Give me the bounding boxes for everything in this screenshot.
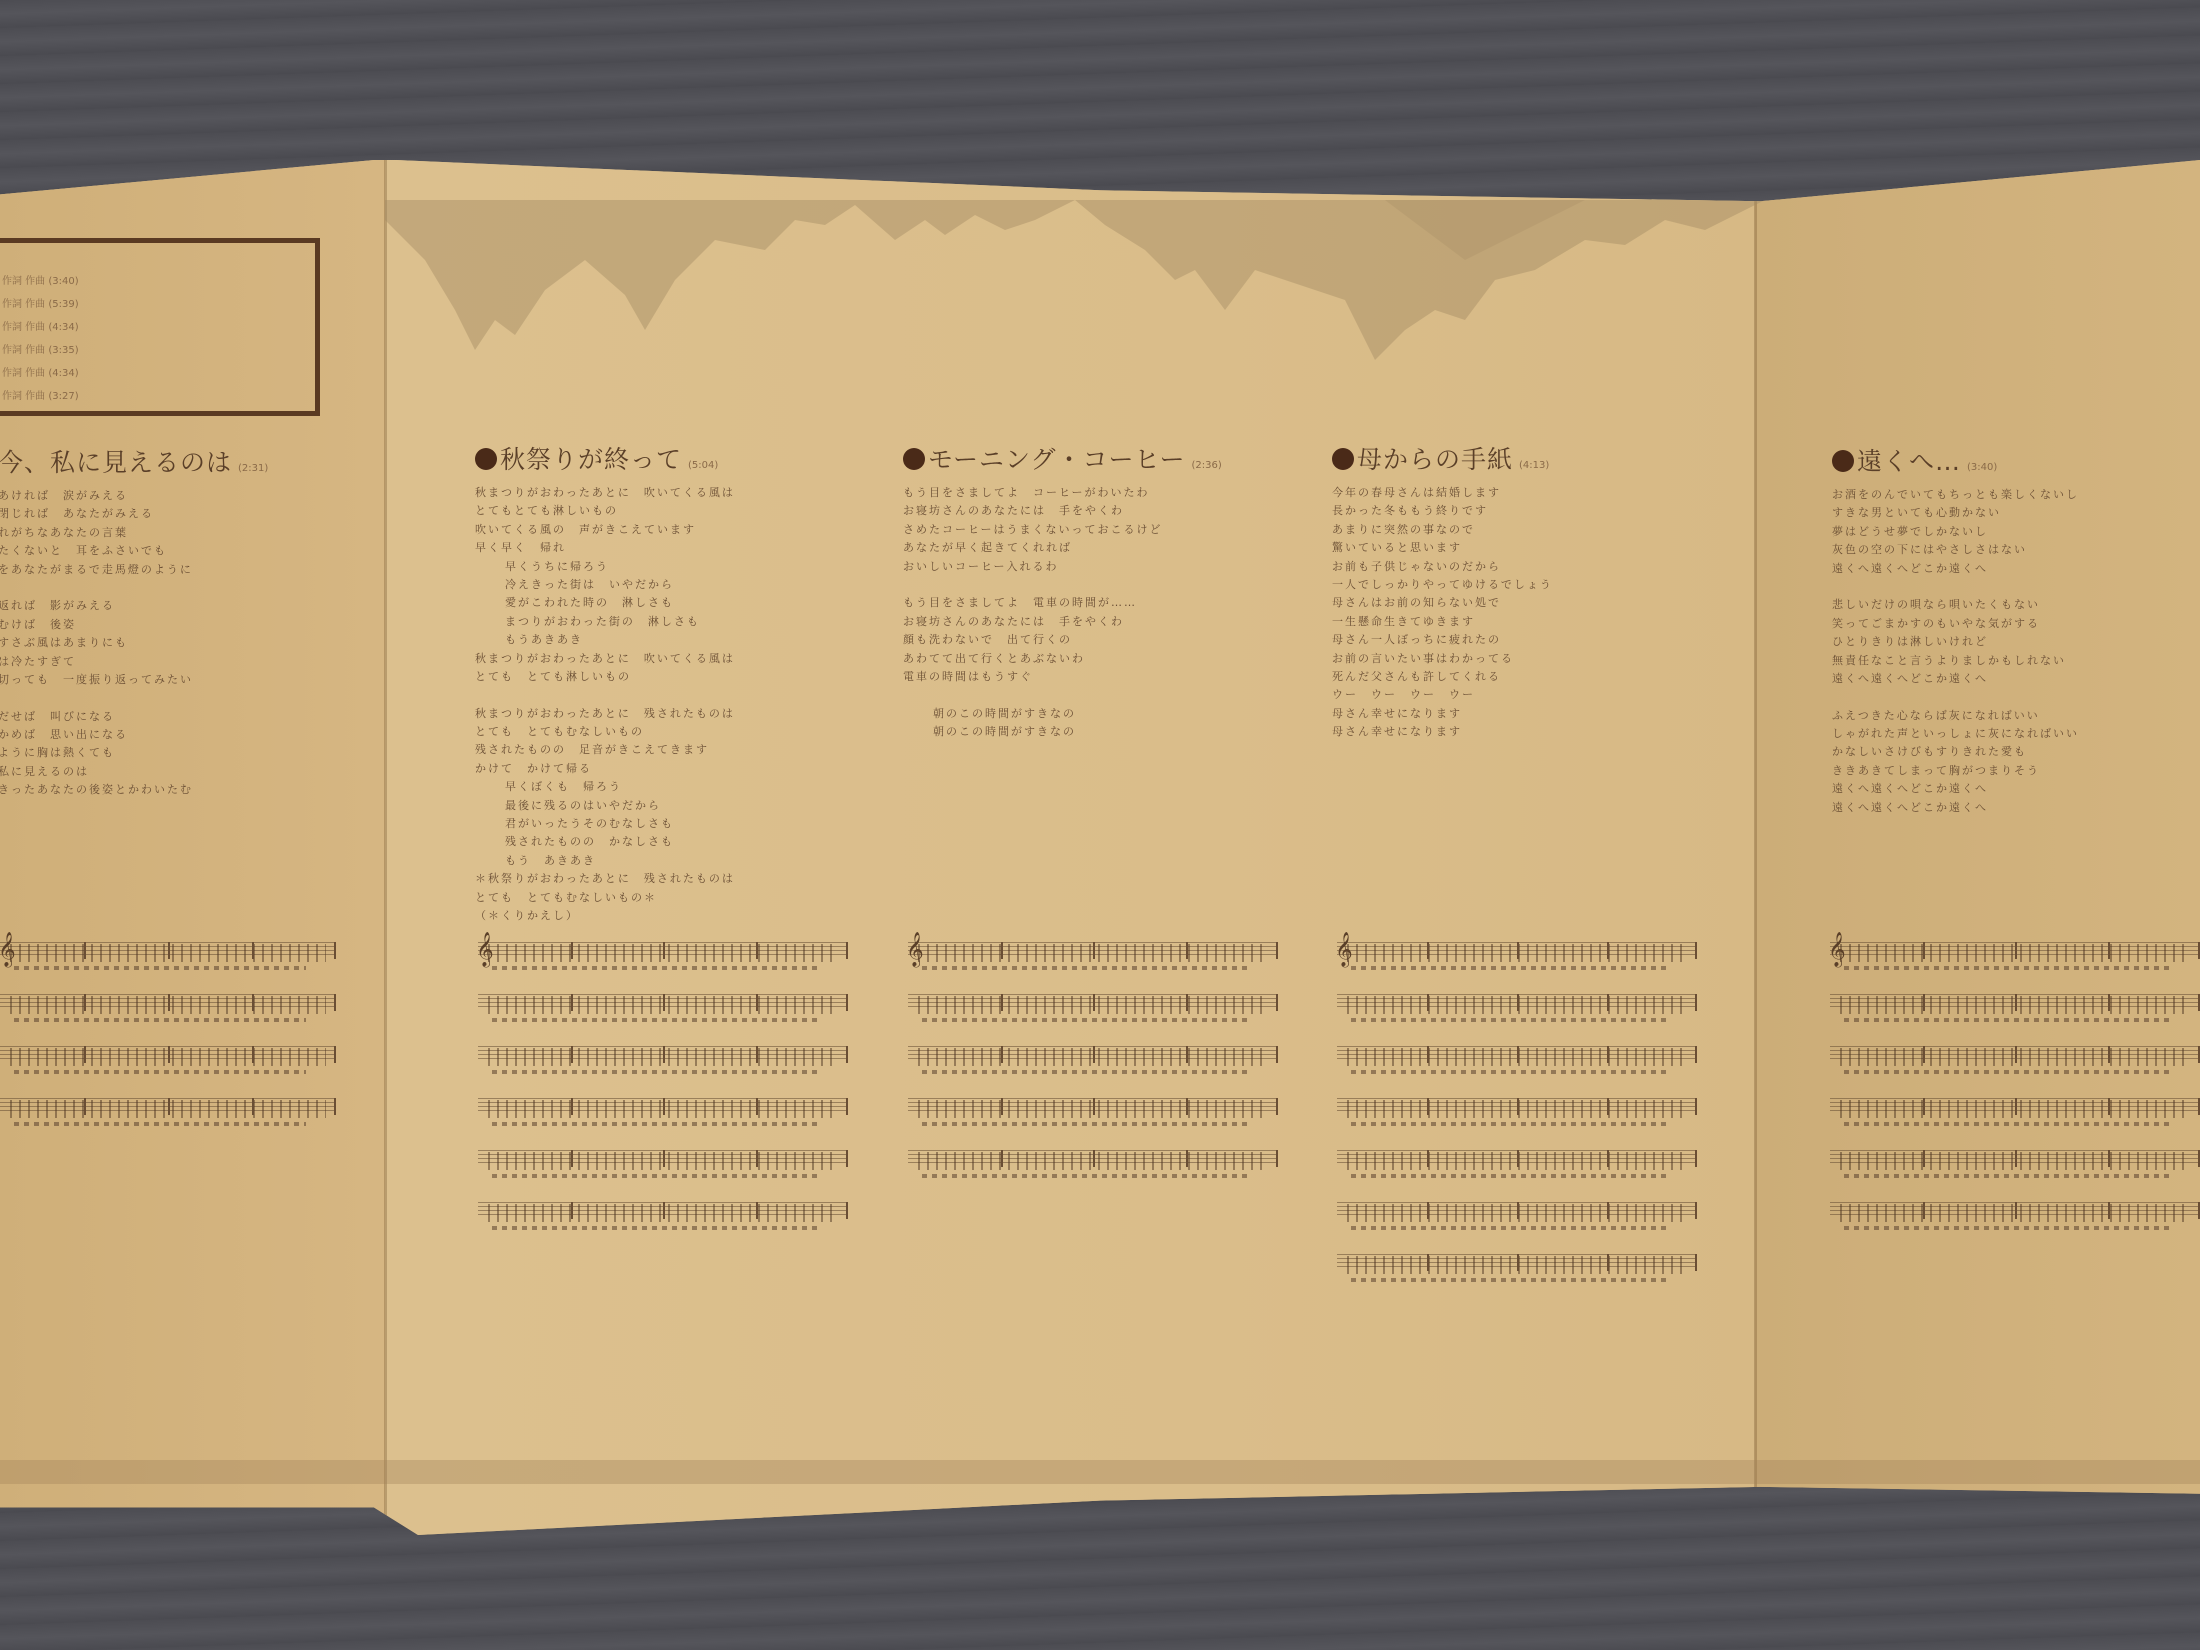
lyric-line: あなたが早く起きてくれれば xyxy=(903,539,1222,557)
lyric-line: 笑ってごまかすのもいやな気がする xyxy=(1832,615,2079,633)
lyric-line: すきな男といても心動かない xyxy=(1832,504,2079,522)
bullet-icon xyxy=(1832,450,1854,472)
bar-line xyxy=(1276,942,1278,959)
score-lyrics xyxy=(922,1018,1248,1022)
bar-line xyxy=(252,994,254,1011)
lyric-line: 早くぼくも 帰ろう xyxy=(475,778,735,796)
lyric-line: とても とても淋しいもの xyxy=(475,668,735,686)
music-staff xyxy=(908,1136,1278,1188)
bar-line xyxy=(1276,1150,1278,1167)
lyric-line: むけば 後姿 xyxy=(0,616,268,634)
lyric-line: 母さんはお前の知らない処で xyxy=(1332,594,1553,612)
bar-line xyxy=(1517,1202,1519,1219)
bar-line xyxy=(756,1046,758,1063)
lyric-line: 遠くへ遠くへどこか遠くへ xyxy=(1832,780,2079,798)
bar-line xyxy=(84,1046,86,1063)
bar-line xyxy=(84,1098,86,1115)
bar-line xyxy=(2015,1202,2017,1219)
song-title: 秋祭りが終って(5:04) xyxy=(475,440,735,476)
music-staff xyxy=(908,1032,1278,1084)
bar-line xyxy=(1276,1098,1278,1115)
score-lyrics xyxy=(14,1018,306,1022)
bar-line xyxy=(1923,1046,1925,1063)
lyric-line: 今年の春母さんは結婚します xyxy=(1332,484,1553,502)
bar-line xyxy=(1695,1150,1697,1167)
bar-line xyxy=(1695,1046,1697,1063)
music-staff xyxy=(0,980,336,1032)
sheet-music: 𝄞 xyxy=(1337,928,1697,1292)
lyric-line: とても とてもむなしいもの＊ xyxy=(475,889,735,907)
bar-line xyxy=(1517,994,1519,1011)
lyric-line: もう あきあき xyxy=(475,852,735,870)
tracklist-row: 作詞 作曲 (3:40) xyxy=(2,270,315,293)
bar-line xyxy=(846,1046,848,1063)
tracklist-row: 作詞 作曲 (4:34) xyxy=(2,316,315,339)
lyric-line: とても とてもむなしいもの xyxy=(475,723,735,741)
bar-line xyxy=(1517,1150,1519,1167)
lyric-line: 夢はどうせ夢でしかないし xyxy=(1832,523,2079,541)
bar-line xyxy=(1607,994,1609,1011)
lyric-line: 秋まつりがおわったあとに 吹いてくる風は xyxy=(475,484,735,502)
music-staff xyxy=(1830,1084,2200,1136)
music-staff xyxy=(908,980,1278,1032)
bullet-icon xyxy=(475,448,497,470)
music-staff: 𝄞 xyxy=(478,928,848,980)
lyric-line: 朝のこの時間がすきなの xyxy=(903,705,1222,723)
score-lyrics xyxy=(14,1070,306,1074)
treble-clef-icon: 𝄞 xyxy=(1335,932,1353,967)
bar-line xyxy=(334,1046,336,1063)
bar-line xyxy=(168,942,170,959)
lyric-line: 驚いていると思います xyxy=(1332,539,1553,557)
lyric-line: ふえつきた心ならば灰になればいい xyxy=(1832,707,2079,725)
bar-line xyxy=(756,1202,758,1219)
lyric-line: は冷たすぎて xyxy=(0,653,268,671)
bar-line xyxy=(663,1046,665,1063)
sheet-music: 𝄞 xyxy=(0,928,336,1136)
lyric-line: 母さん幸せになります xyxy=(1332,723,1553,741)
lyric-line: お寝坊さんのあなたには 手をやくわ xyxy=(903,613,1222,631)
decorative-band xyxy=(0,1460,2200,1484)
bar-line xyxy=(334,994,336,1011)
lyric-line: とてもとても淋しいもの xyxy=(475,502,735,520)
song-title: 遠くへ…(3:40) xyxy=(1832,442,2079,478)
music-staff xyxy=(478,1136,848,1188)
score-lyrics xyxy=(1351,1278,1667,1282)
lyric-line: おいしいコーヒー入れるわ xyxy=(903,558,1222,576)
bar-line xyxy=(1093,994,1095,1011)
bar-line xyxy=(2015,942,2017,959)
bar-line xyxy=(1001,994,1003,1011)
lyric-line: ように胸は熱くても xyxy=(0,744,268,762)
bar-line xyxy=(1427,1254,1429,1271)
bar-line xyxy=(1517,1098,1519,1115)
score-lyrics xyxy=(922,1122,1248,1126)
score-lyrics xyxy=(492,966,818,970)
score-lyrics xyxy=(14,966,306,970)
lyric-line: きったあなたの後姿とかわいたむ xyxy=(0,781,268,799)
lyric-line: 君がいったうそのむなしさも xyxy=(475,815,735,833)
lyric-line: 吹いてくる風の 声がきこえています xyxy=(475,521,735,539)
tracklist-row: 作詞 作曲 (5:39) xyxy=(2,293,315,316)
bar-line xyxy=(1923,1098,1925,1115)
lyric-line: ＊秋祭りがおわったあとに 残されたものは xyxy=(475,870,735,888)
stanza-break xyxy=(1832,688,2079,706)
score-lyrics xyxy=(492,1226,818,1230)
bar-line xyxy=(1276,1046,1278,1063)
music-staff xyxy=(1830,1188,2200,1240)
lyric-line: 秋まつりがおわったあとに 吹いてくる風は xyxy=(475,650,735,668)
bar-line xyxy=(756,942,758,959)
bar-line xyxy=(756,1098,758,1115)
lyric-line: もうあきあき xyxy=(475,631,735,649)
tracklist-row: 作詞 作曲 (4:34) xyxy=(2,362,315,385)
music-staff xyxy=(908,1084,1278,1136)
score-lyrics xyxy=(492,1018,818,1022)
song-block: モーニング・コーヒー(2:36) もう目をさましてよ コーヒーがわいたわお寝坊さ… xyxy=(903,440,1222,741)
lyric-line: 遠くへ遠くへどこか遠くへ xyxy=(1832,560,2079,578)
bar-line xyxy=(846,994,848,1011)
lyric-line: 早くうちに帰ろう xyxy=(475,558,735,576)
lyric-line: 秋まつりがおわったあとに 残されたものは xyxy=(475,705,735,723)
sheet-music: 𝄞 xyxy=(1830,928,2200,1240)
music-staff xyxy=(0,1084,336,1136)
music-staff: 𝄞 xyxy=(1830,928,2200,980)
music-staff: 𝄞 xyxy=(1337,928,1697,980)
score-lyrics xyxy=(1844,1122,2170,1126)
lyric-line: かなしいさけびもすりきれた愛も xyxy=(1832,743,2079,761)
lyric-line: 残されたものの かなしさも xyxy=(475,833,735,851)
music-staff xyxy=(1337,1136,1697,1188)
score-lyrics xyxy=(1351,1226,1667,1230)
bar-line xyxy=(2108,1046,2110,1063)
lyric-line: ウー ウー ウー ウー xyxy=(1332,686,1553,704)
lyric-line: あければ 涙がみえる xyxy=(0,487,268,505)
bar-line xyxy=(2108,1098,2110,1115)
stanza-break xyxy=(0,689,268,707)
bar-line xyxy=(1517,1046,1519,1063)
bar-line xyxy=(1276,994,1278,1011)
bar-line xyxy=(168,1098,170,1115)
bar-line xyxy=(1607,942,1609,959)
tracklist-row: 作詞 作曲 (3:27) xyxy=(2,385,315,408)
lyric-line: もう目をさましてよ 電車の時間が…… xyxy=(903,594,1222,612)
sheet-music: 𝄞 xyxy=(478,928,848,1240)
stanza-break xyxy=(0,579,268,597)
music-staff xyxy=(478,1084,848,1136)
bullet-icon xyxy=(903,448,925,470)
song-lyrics: 秋まつりがおわったあとに 吹いてくる風はとてもとても淋しいもの吹いてくる風の 声… xyxy=(475,484,735,925)
score-lyrics xyxy=(922,966,1248,970)
lyric-line: お前も子供じゃないのだから xyxy=(1332,558,1553,576)
score-lyrics xyxy=(922,1174,1248,1178)
song-lyrics: あければ 涙がみえる閉じれば あなたがみえるれがちなあなたの言葉たくないと 耳を… xyxy=(0,487,268,800)
bar-line xyxy=(663,1202,665,1219)
lyric-line: 朝のこの時間がすきなの xyxy=(903,723,1222,741)
lyric-line: かけて かけて帰る xyxy=(475,760,735,778)
lyric-line: 冷えきった街は いやだから xyxy=(475,576,735,594)
lyric-line: （＊くりかえし） xyxy=(475,907,735,925)
lyric-line: すさぶ風はあまりにも xyxy=(0,634,268,652)
bar-line xyxy=(2108,1202,2110,1219)
score-lyrics xyxy=(1844,1070,2170,1074)
song-lyrics: 今年の春母さんは結婚します長かった冬ももう終りですあまりに突然の事なので驚いてい… xyxy=(1332,484,1553,741)
lyric-line: 閉じれば あなたがみえる xyxy=(0,505,268,523)
song-lyrics: お酒をのんでいてもちっとも楽しくないしすきな男といても心動かない夢はどうせ夢でし… xyxy=(1832,486,2079,817)
bar-line xyxy=(334,942,336,959)
lyric-line: まつりがおわった街の 淋しさも xyxy=(475,613,735,631)
lyric-line: 電車の時間はもうすぐ xyxy=(903,668,1222,686)
bar-line xyxy=(1695,1202,1697,1219)
bar-line xyxy=(1607,1254,1609,1271)
lyric-line: もう目をさましてよ コーヒーがわいたわ xyxy=(903,484,1222,502)
bar-line xyxy=(334,1098,336,1115)
bar-line xyxy=(252,1046,254,1063)
lyric-line: 早く早く 帰れ xyxy=(475,539,735,557)
bar-line xyxy=(756,1150,758,1167)
lyric-line: 切っても 一度振り返ってみたい xyxy=(0,671,268,689)
song-block: 母からの手紙(4:13) 今年の春母さんは結婚します長かった冬ももう終りですあま… xyxy=(1332,440,1553,741)
bar-line xyxy=(84,942,86,959)
bar-line xyxy=(1427,1202,1429,1219)
bar-line xyxy=(1001,1098,1003,1115)
lyric-line: 一人でしっかりやってゆけるでしょう xyxy=(1332,576,1553,594)
lyric-line: 死んだ父さんも許してくれる xyxy=(1332,668,1553,686)
lyric-line: ききあきてしまって胸がつまりそう xyxy=(1832,762,2079,780)
bar-line xyxy=(1607,1150,1609,1167)
music-staff xyxy=(1337,1188,1697,1240)
lyric-line: 最後に残るのはいやだから xyxy=(475,797,735,815)
song-block: 秋祭りが終って(5:04) 秋まつりがおわったあとに 吹いてくる風はとてもとても… xyxy=(475,440,735,925)
score-lyrics xyxy=(492,1070,818,1074)
song-title: モーニング・コーヒー(2:36) xyxy=(903,440,1222,476)
music-staff xyxy=(1337,980,1697,1032)
treble-clef-icon: 𝄞 xyxy=(476,932,494,967)
lyric-line: 私に見えるのは xyxy=(0,763,268,781)
bar-line xyxy=(1001,1150,1003,1167)
lyric-line: しゃがれた声といっしょに灰になればいい xyxy=(1832,725,2079,743)
bar-line xyxy=(1923,942,1925,959)
lyric-line: あわてて出て行くとあぶないわ xyxy=(903,650,1222,668)
treble-clef-icon: 𝄞 xyxy=(906,932,924,967)
song-title: 今、私に見えるのは(2:31) xyxy=(0,443,268,479)
music-staff xyxy=(1337,1084,1697,1136)
bar-line xyxy=(1093,1150,1095,1167)
bar-line xyxy=(1695,1098,1697,1115)
score-lyrics xyxy=(1844,1226,2170,1230)
bar-line xyxy=(571,942,573,959)
lyric-line: 愛がこわれた時の 淋しさも xyxy=(475,594,735,612)
bar-line xyxy=(571,994,573,1011)
bar-line xyxy=(1427,1098,1429,1115)
bar-line xyxy=(1427,994,1429,1011)
bar-line xyxy=(1427,1046,1429,1063)
tracklist-box: 作詞 作曲 (3:40) 作詞 作曲 (5:39) 作詞 作曲 (4:34) 作… xyxy=(0,238,320,416)
stanza-break xyxy=(475,686,735,704)
lyric-line: 顔も洗わないで 出て行くの xyxy=(903,631,1222,649)
lyric-line: 長かった冬ももう終りです xyxy=(1332,502,1553,520)
treble-clef-icon: 𝄞 xyxy=(1828,932,1846,967)
bar-line xyxy=(1186,994,1188,1011)
stanza-break xyxy=(903,686,1222,704)
music-staff xyxy=(478,1032,848,1084)
score-lyrics xyxy=(1351,966,1667,970)
bar-line xyxy=(1186,1098,1188,1115)
tracklist-row: 作詞 作曲 (3:35) xyxy=(2,339,315,362)
lyric-line: 悲しいだけの唄なら唄いたくもない xyxy=(1832,596,2079,614)
bar-line xyxy=(168,1046,170,1063)
sheet-music: 𝄞 xyxy=(908,928,1278,1188)
score-lyrics xyxy=(1844,1174,2170,1178)
bar-line xyxy=(2015,1046,2017,1063)
bar-line xyxy=(571,1098,573,1115)
bar-line xyxy=(1427,942,1429,959)
bar-line xyxy=(1607,1202,1609,1219)
bar-line xyxy=(1186,942,1188,959)
music-staff xyxy=(1830,980,2200,1032)
lyric-line: をあなたがまるで走馬燈のように xyxy=(0,561,268,579)
mountain-silhouette xyxy=(385,200,2200,400)
bar-line xyxy=(2108,994,2110,1011)
score-lyrics xyxy=(1844,966,2170,970)
stanza-break xyxy=(903,576,1222,594)
score-lyrics xyxy=(1351,1122,1667,1126)
lyric-line: たくないと 耳をふさいでも xyxy=(0,542,268,560)
bar-line xyxy=(846,1150,848,1167)
bar-line xyxy=(1186,1046,1188,1063)
bar-line xyxy=(1695,994,1697,1011)
bullet-icon xyxy=(1332,448,1354,470)
song-title: 母からの手紙(4:13) xyxy=(1332,440,1553,476)
bar-line xyxy=(1517,942,1519,959)
music-staff xyxy=(0,1032,336,1084)
bar-line xyxy=(756,994,758,1011)
lyric-line: あまりに突然の事なので xyxy=(1332,521,1553,539)
bar-line xyxy=(1093,942,1095,959)
music-staff xyxy=(478,1188,848,1240)
bar-line xyxy=(1607,1098,1609,1115)
bar-line xyxy=(168,994,170,1011)
lyric-line: 一生懸命生きてゆきます xyxy=(1332,613,1553,631)
bar-line xyxy=(1695,942,1697,959)
lyric-line: かめば 思い出になる xyxy=(0,726,268,744)
lyric-line: 遠くへ遠くへどこか遠くへ xyxy=(1832,670,2079,688)
lyric-line: 残されたものの 足音がきこえてきます xyxy=(475,741,735,759)
treble-clef-icon: 𝄞 xyxy=(0,932,16,967)
score-lyrics xyxy=(1351,1070,1667,1074)
lyric-line: 灰色の空の下にはやさしさはない xyxy=(1832,541,2079,559)
bar-line xyxy=(1517,1254,1519,1271)
music-staff: 𝄞 xyxy=(0,928,336,980)
bar-line xyxy=(1001,942,1003,959)
score-lyrics xyxy=(492,1122,818,1126)
lyric-line: だせば 叫びになる xyxy=(0,708,268,726)
bar-line xyxy=(1607,1046,1609,1063)
bar-line xyxy=(2015,994,2017,1011)
music-staff xyxy=(1830,1032,2200,1084)
music-staff xyxy=(1337,1032,1697,1084)
bar-line xyxy=(846,1098,848,1115)
lyric-line: れがちなあなたの言葉 xyxy=(0,524,268,542)
score-lyrics xyxy=(492,1174,818,1178)
lyric-line: 母さん一人ぼっちに疲れたの xyxy=(1332,631,1553,649)
bar-line xyxy=(663,942,665,959)
song-block: 今、私に見えるのは(2:31) あければ 涙がみえる閉じれば あなたがみえるれが… xyxy=(0,443,268,800)
song-lyrics: もう目をさましてよ コーヒーがわいたわお寝坊さんのあなたには 手をやくわさめたコ… xyxy=(903,484,1222,741)
lyric-sheet: 作詞 作曲 (3:40) 作詞 作曲 (5:39) 作詞 作曲 (4:34) 作… xyxy=(0,160,2200,1535)
bar-line xyxy=(2015,1150,2017,1167)
bar-line xyxy=(1093,1046,1095,1063)
lyric-line: 返れば 影がみえる xyxy=(0,597,268,615)
bar-line xyxy=(1001,1046,1003,1063)
bar-line xyxy=(84,994,86,1011)
bar-line xyxy=(2015,1098,2017,1115)
lyric-line: 無責任なこと言うよりましかもしれない xyxy=(1832,652,2079,670)
score-lyrics xyxy=(14,1122,306,1126)
bar-line xyxy=(663,1098,665,1115)
bar-line xyxy=(1923,1202,1925,1219)
score-lyrics xyxy=(1351,1174,1667,1178)
music-staff xyxy=(1830,1136,2200,1188)
score-lyrics xyxy=(1844,1018,2170,1022)
music-staff: 𝄞 xyxy=(908,928,1278,980)
score-lyrics xyxy=(922,1070,1248,1074)
lyric-line: 遠くへ遠くへどこか遠くへ xyxy=(1832,799,2079,817)
bar-line xyxy=(2108,942,2110,959)
lyric-line: 母さん幸せになります xyxy=(1332,705,1553,723)
bar-line xyxy=(1093,1098,1095,1115)
bar-line xyxy=(1695,1254,1697,1271)
lyric-line: さめたコーヒーはうまくないっておこるけど xyxy=(903,521,1222,539)
bar-line xyxy=(1923,1150,1925,1167)
stanza-break xyxy=(1832,578,2079,596)
lyric-line: お酒をのんでいてもちっとも楽しくないし xyxy=(1832,486,2079,504)
song-block: 遠くへ…(3:40) お酒をのんでいてもちっとも楽しくないしすきな男といても心動… xyxy=(1832,442,2079,817)
bar-line xyxy=(846,942,848,959)
bar-line xyxy=(1923,994,1925,1011)
music-staff xyxy=(1337,1240,1697,1292)
lyric-line: ひとりきりは淋しいけれど xyxy=(1832,633,2079,651)
bar-line xyxy=(571,1202,573,1219)
bar-line xyxy=(2108,1150,2110,1167)
music-staff xyxy=(478,980,848,1032)
bar-line xyxy=(1186,1150,1188,1167)
bar-line xyxy=(663,1150,665,1167)
bar-line xyxy=(252,1098,254,1115)
bar-line xyxy=(571,1046,573,1063)
bar-line xyxy=(663,994,665,1011)
bar-line xyxy=(571,1150,573,1167)
bar-line xyxy=(846,1202,848,1219)
score-lyrics xyxy=(1351,1018,1667,1022)
bar-line xyxy=(252,942,254,959)
lyric-line: お寝坊さんのあなたには 手をやくわ xyxy=(903,502,1222,520)
lyric-line: お前の言いたい事はわかってる xyxy=(1332,650,1553,668)
bar-line xyxy=(1427,1150,1429,1167)
